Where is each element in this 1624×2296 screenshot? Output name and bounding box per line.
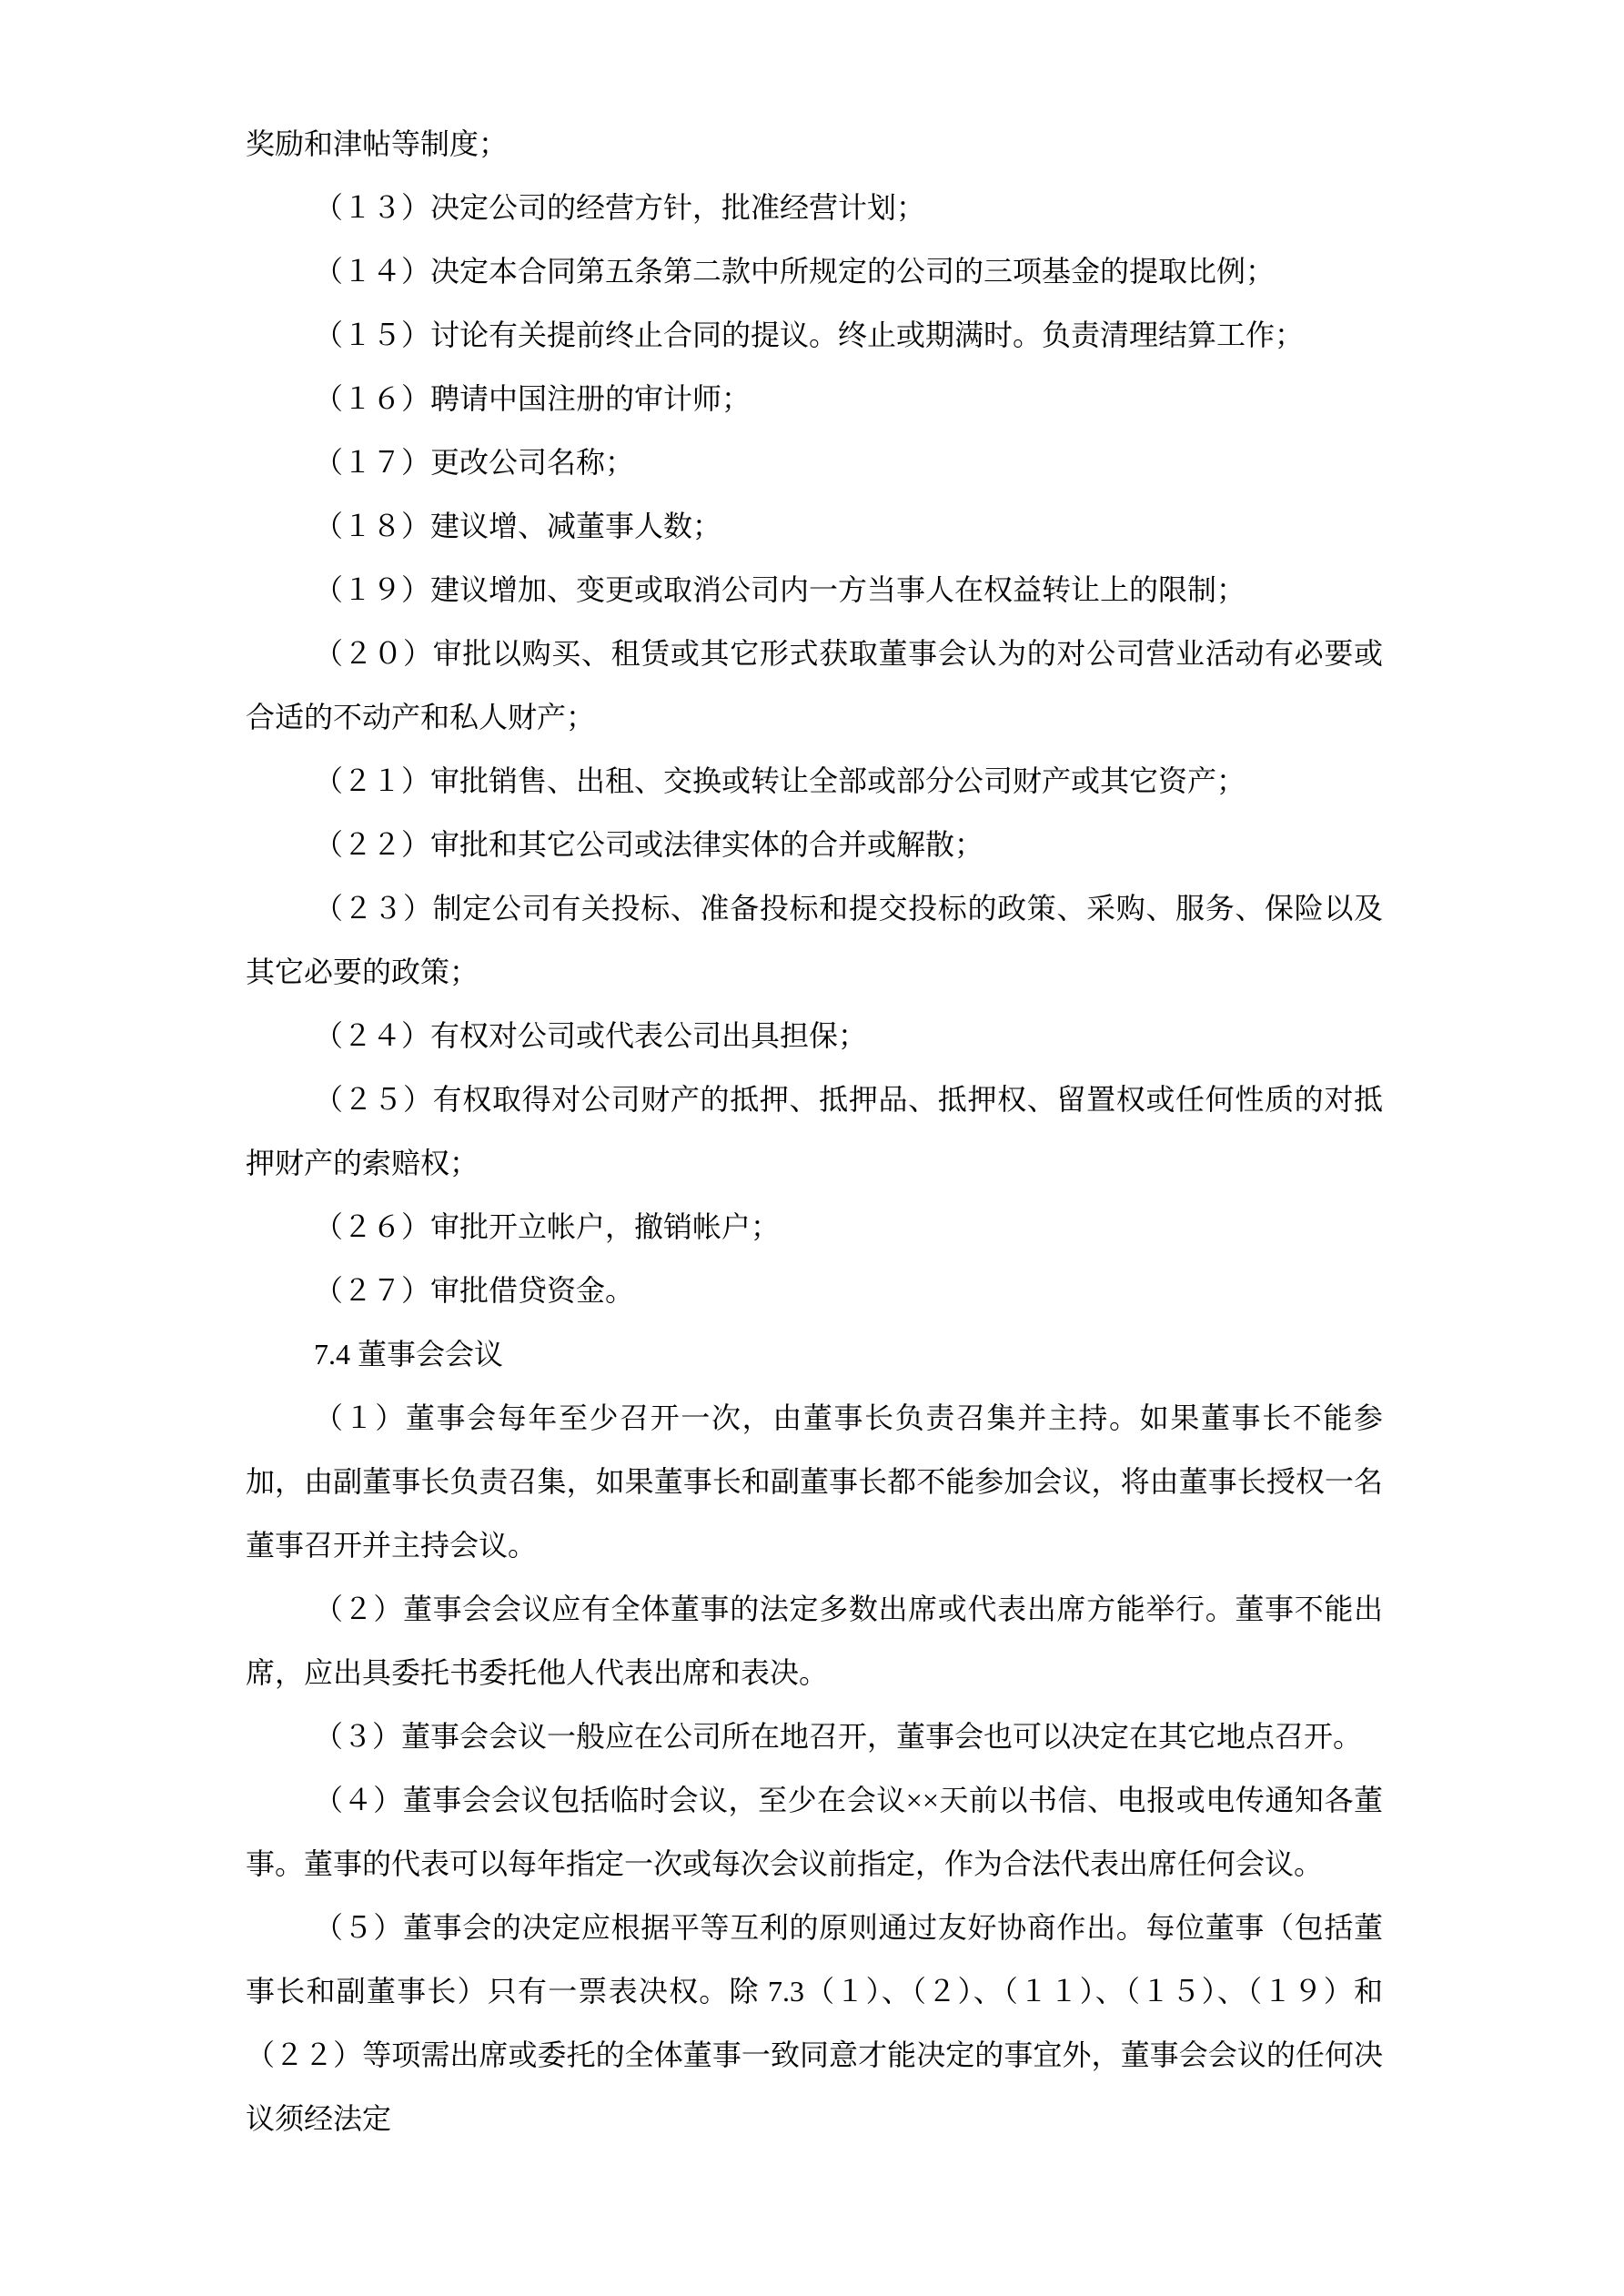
section-heading-7-4: 7.4 董事会会议 [246,1322,1383,1386]
paragraph-meeting-2: （２）董事会会议应有全体董事的法定多数出席或代表出席方能举行。董事不能出席，应出… [246,1577,1383,1704]
paragraph-continuation: 奖励和津帖等制度； [246,112,1383,176]
paragraph-item-27: （２７）审批借贷资金。 [246,1259,1383,1322]
paragraph-item-21: （２１）审批销售、出租、交换或转让全部或部分公司财产或其它资产； [246,749,1383,813]
paragraph-item-25: （２５）有权取得对公司财产的抵押、抵押品、抵押权、留置权或任何性质的对抵押财产的… [246,1067,1383,1195]
paragraph-item-20: （２０）审批以购买、租赁或其它形式获取董事会认为的对公司营业活动有必要或合适的不… [246,622,1383,749]
paragraph-item-24: （２４）有权对公司或代表公司出具担保； [246,1004,1383,1067]
paragraph-meeting-5: （５）董事会的决定应根据平等互利的原则通过友好协商作出。每位董事（包括董事长和副… [246,1896,1383,2150]
paragraph-item-19: （１９）建议增加、变更或取消公司内一方当事人在权益转让上的限制； [246,558,1383,622]
paragraph-item-16: （１６）聘请中国注册的审计师； [246,367,1383,430]
paragraph-item-18: （１８）建议增、减董事人数； [246,494,1383,558]
paragraph-item-26: （２６）审批开立帐户，撤销帐户； [246,1195,1383,1259]
paragraph-item-23: （２３）制定公司有关投标、准备投标和提交投标的政策、采购、服务、保险以及其它必要… [246,876,1383,1004]
paragraph-meeting-3: （３）董事会会议一般应在公司所在地召开，董事会也可以决定在其它地点召开。 [246,1704,1383,1768]
paragraph-item-17: （１７）更改公司名称； [246,430,1383,494]
paragraph-item-15: （１５）讨论有关提前终止合同的提议。终止或期满时。负责清理结算工作； [246,303,1383,367]
paragraph-meeting-4: （４）董事会会议包括临时会议，至少在会议××天前以书信、电报或电传通知各董事。董… [246,1768,1383,1896]
document-body: 奖励和津帖等制度；（１３）决定公司的经营方针，批准经营计划；（１４）决定本合同第… [246,112,1383,2150]
paragraph-meeting-1: （１）董事会每年至少召开一次，由董事长负责召集并主持。如果董事长不能参加，由副董… [246,1386,1383,1577]
paragraph-item-22: （２２）审批和其它公司或法律实体的合并或解散； [246,813,1383,876]
document-page: 奖励和津帖等制度；（１３）决定公司的经营方针，批准经营计划；（１４）决定本合同第… [0,0,1624,2296]
paragraph-item-13: （１３）决定公司的经营方针，批准经营计划； [246,176,1383,239]
paragraph-item-14: （１４）决定本合同第五条第二款中所规定的公司的三项基金的提取比例； [246,239,1383,303]
